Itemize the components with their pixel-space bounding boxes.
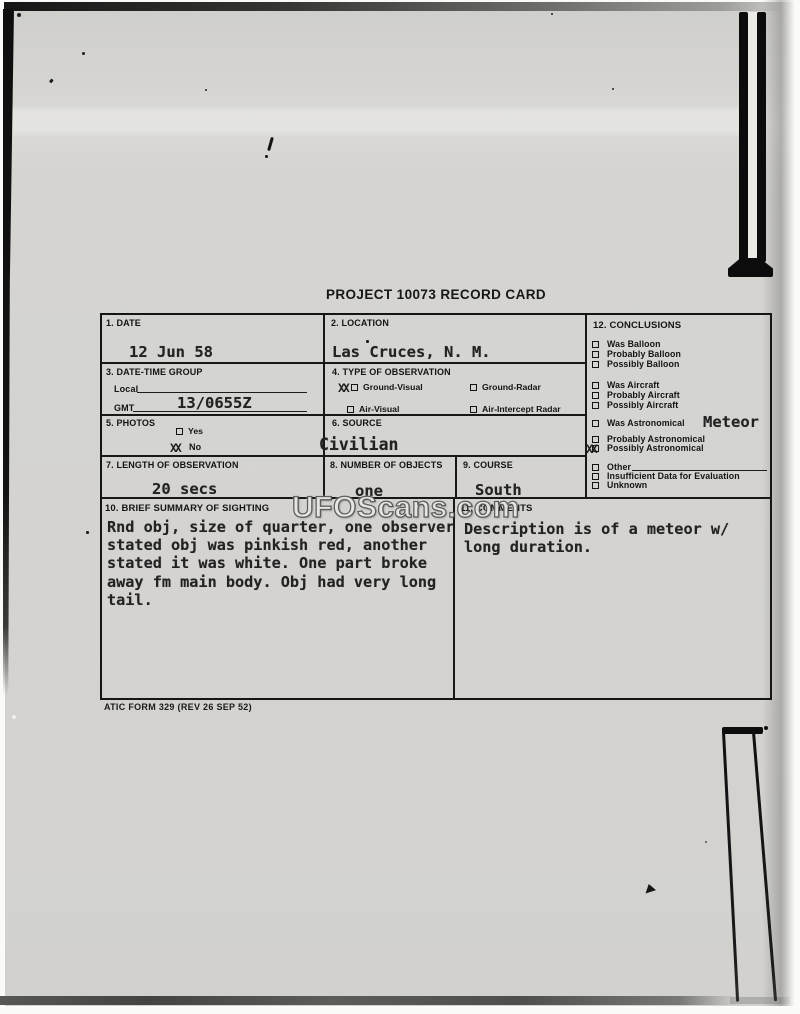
checkbox-was-astronomical	[592, 420, 599, 427]
option-label: Air-Intercept Radar	[482, 405, 561, 414]
typed-x-mark: XX	[338, 381, 348, 395]
typed-x-mark: XX	[170, 441, 180, 455]
option-ground-radar: Ground-Radar	[470, 383, 541, 392]
conclusion-probably-balloon: Probably Balloon	[592, 350, 681, 359]
field-label-type-of-observation: 4. TYPE OF OBSERVATION	[332, 368, 451, 377]
conclusion-possibly-astronomical: Possibly Astronomical	[592, 444, 704, 453]
checkbox-probably-balloon	[592, 351, 599, 358]
checkbox-other	[592, 464, 599, 471]
field-label-length-of-observation: 7. LENGTH OF OBSERVATION	[106, 461, 239, 470]
scan-margin-right	[794, 0, 800, 1014]
field-value-date: 12 Jun 58	[129, 344, 213, 360]
scan-margin-bottom	[0, 1006, 800, 1014]
scan-light-streak	[5, 108, 765, 134]
checkbox-was-aircraft	[592, 382, 599, 389]
field-location: 2. LOCATION Las Cruces, N. M.	[325, 315, 587, 364]
conclusion-possibly-aircraft: Possibly Aircraft	[592, 401, 678, 410]
checkbox-photos-yes	[176, 428, 183, 435]
field-label-location: 2. LOCATION	[331, 319, 389, 328]
option-photos-yes: Yes	[176, 427, 203, 436]
conclusion-probably-aircraft: Probably Aircraft	[592, 391, 680, 400]
checkbox-was-balloon	[592, 341, 599, 348]
conclusion-label: Was Aircraft	[607, 381, 659, 390]
field-value-length-of-observation: 20 secs	[152, 481, 217, 497]
field-label-source: 6. SOURCE	[332, 419, 382, 428]
page-title: PROJECT 10073 RECORD CARD	[100, 287, 772, 302]
speckle	[82, 52, 85, 55]
field-brief-summary: 10. BRIEF SUMMARY OF SIGHTING Rnd obj, s…	[102, 499, 455, 700]
conclusion-label: Probably Balloon	[607, 350, 681, 359]
checkbox-insufficient-data	[592, 473, 599, 480]
checkbox-air-intercept-radar	[470, 406, 477, 413]
conclusion-label: Possibly Aircraft	[607, 401, 678, 410]
conclusion-label: Was Balloon	[607, 340, 661, 349]
label-local: Local	[114, 385, 138, 394]
checkbox-possibly-balloon	[592, 361, 599, 368]
conclusion-label: Was Astronomical	[607, 419, 685, 428]
option-label: Ground-Radar	[482, 383, 541, 392]
field-value-source: Civilian	[319, 437, 398, 453]
checkbox-possibly-aircraft	[592, 402, 599, 409]
watermark: UFOScans.com	[292, 491, 520, 525]
conclusion-was-astronomical: Was Astronomical	[592, 419, 685, 428]
form-number: ATIC FORM 329 (REV 26 SEP 52)	[104, 702, 252, 712]
label-gmt: GMT	[114, 404, 134, 413]
checkbox-ground-radar	[470, 384, 477, 391]
field-label-photos: 5. PHOTOS	[106, 419, 155, 428]
other-answer-line	[632, 462, 767, 471]
conclusion-was-aircraft: Was Aircraft	[592, 381, 659, 390]
typed-x-mark: XX	[586, 442, 596, 456]
option-air-visual: Air-Visual	[347, 405, 399, 414]
summary-line: tail.	[107, 591, 454, 609]
speckle	[551, 13, 553, 15]
scan-edge-top	[4, 2, 784, 11]
local-answer-line	[137, 377, 307, 393]
field-label-date: 1. DATE	[106, 319, 141, 328]
field-conclusions: 12. CONCLUSIONS Was Balloon Probably Bal…	[587, 315, 772, 499]
field-comments: 11. COMMENTS Description is of a meteor …	[455, 499, 774, 700]
speckle	[705, 841, 707, 843]
field-date: 1. DATE 12 Jun 58	[102, 315, 325, 364]
speckle-white	[12, 715, 16, 719]
field-date-time-group: 3. DATE-TIME GROUP Local GMT 13/0655Z	[102, 364, 325, 416]
option-label-no: No	[189, 443, 201, 452]
option-label: Ground-Visual	[363, 383, 423, 392]
summary-line: stated it was white. One part broke	[107, 554, 454, 572]
field-label-conclusions: 12. CONCLUSIONS	[593, 321, 681, 330]
field-source: 6. SOURCE Civilian	[325, 416, 587, 457]
field-type-of-observation: 4. TYPE OF OBSERVATION Ground-Visual XX …	[325, 364, 587, 416]
comments-line: long duration.	[464, 538, 729, 556]
field-label-course: 9. COURSE	[463, 461, 513, 470]
conclusion-label: Probably Aircraft	[607, 391, 680, 400]
option-label: Yes	[188, 427, 203, 436]
summary-line: away fm main body. Obj had very long	[107, 573, 454, 591]
checkbox-probably-aircraft	[592, 392, 599, 399]
scan-edge-bottom	[0, 996, 738, 1005]
speckle	[205, 89, 207, 91]
field-label-brief-summary: 10. BRIEF SUMMARY OF SIGHTING	[105, 504, 269, 513]
checkbox-unknown	[592, 482, 599, 489]
field-value-location: Las Cruces, N. M.	[332, 344, 491, 360]
option-air-intercept-radar: Air-Intercept Radar	[470, 405, 561, 414]
checkbox-air-visual	[347, 406, 354, 413]
summary-line: stated obj was pinkish red, another	[107, 536, 454, 554]
conclusion-unknown: Unknown	[592, 481, 647, 490]
field-value-gmt: 13/0655Z	[177, 395, 252, 411]
field-label-date-time-group: 3. DATE-TIME GROUP	[106, 368, 203, 377]
scanned-page: PROJECT 10073 RECORD CARD 1. DATE 12 Jun…	[0, 0, 800, 1014]
conclusion-label: Possibly Balloon	[607, 360, 679, 369]
field-label-number-of-objects: 8. NUMBER OF OBJECTS	[330, 461, 443, 470]
checkbox-ground-visual	[351, 384, 358, 391]
conclusion-annotation-meteor: Meteor	[703, 414, 759, 430]
speckle	[86, 531, 89, 534]
option-ground-visual: Ground-Visual	[351, 383, 423, 392]
option-label: Air-Visual	[359, 405, 399, 414]
field-photos: 5. PHOTOS Yes XX No	[102, 416, 325, 457]
speckle	[612, 88, 614, 90]
conclusion-label: Possibly Astronomical	[607, 444, 704, 453]
conclusion-label: Unknown	[607, 481, 647, 490]
conclusion-possibly-balloon: Possibly Balloon	[592, 360, 679, 369]
conclusion-was-balloon: Was Balloon	[592, 340, 661, 349]
speckle	[17, 13, 21, 17]
